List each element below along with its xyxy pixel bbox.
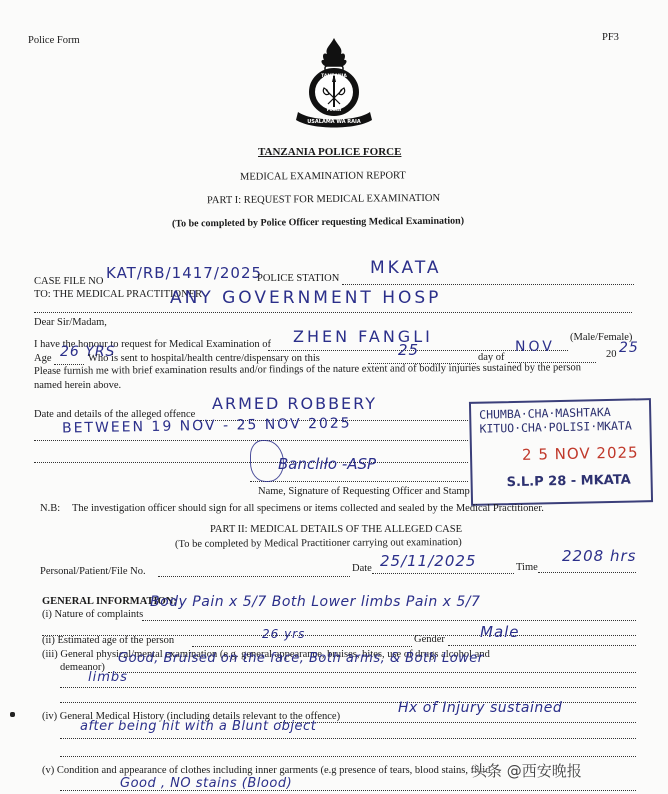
- medical-history-field-line1[interactable]: Hx of Injury sustained: [398, 700, 562, 716]
- practitioner-field[interactable]: ANY GOVERNMENT HOSP: [170, 288, 441, 308]
- physical-exam-field-line2[interactable]: limbs: [88, 670, 128, 685]
- sent-text: Who is sent to hospital/health centre/di…: [88, 353, 320, 364]
- time-label: Time: [516, 562, 538, 573]
- nb-label: N.B:: [40, 503, 60, 514]
- file-no-label: Personal/Patient/File No.: [40, 566, 146, 577]
- estimated-age-field[interactable]: 26 yrs: [262, 627, 305, 641]
- form-code: PF3: [602, 32, 619, 43]
- part2-title: PART II: MEDICAL DETAILS OF THE ALLEGED …: [210, 524, 462, 535]
- estimated-age-label: (ii) Estimated age of the person: [42, 635, 174, 646]
- day-field[interactable]: 25: [398, 341, 419, 359]
- svg-text:USALAMA WA RAIA: USALAMA WA RAIA: [307, 119, 361, 125]
- year-prefix: 20: [606, 349, 617, 360]
- gender-field[interactable]: Male: [480, 623, 520, 641]
- medical-history-field-line2[interactable]: after being hit with a Blunt object: [80, 719, 316, 734]
- clothes-condition-field[interactable]: Good , NO stains (Blood): [120, 776, 292, 791]
- police-station-label: POLICE STATION: [257, 273, 339, 284]
- police-station-field[interactable]: MKATA: [370, 258, 442, 278]
- police-station-stamp: CHUMBA·CHA·MASHTAKA KITUO·CHA·POLISI·MKA…: [469, 398, 653, 506]
- furnish-text-line2: named herein above.: [34, 380, 121, 391]
- officer-signature: Banclıło -ASP: [278, 455, 376, 473]
- offence-line1-field[interactable]: ARMED ROBBERY: [212, 394, 377, 413]
- form-label: Police Form: [28, 35, 80, 46]
- stamp-date: 2 5 NOV 2025: [522, 443, 639, 463]
- exam-date-field[interactable]: 25/11/2025: [380, 552, 476, 570]
- part2-note: (To be completed by Medical Practitioner…: [175, 537, 462, 550]
- salutation: Dear Sir/Madam,: [34, 317, 107, 328]
- margin-mark: [10, 712, 15, 717]
- signature-caption: Name, Signature of Requesting Officer an…: [258, 486, 470, 497]
- part1-note: (To be completed by Police Officer reque…: [172, 215, 464, 229]
- org-title: TANZANIA POLICE FORCE: [258, 146, 401, 158]
- complaints-field[interactable]: Body Pain x 5/7 Both Lower limbs Pain x …: [150, 594, 480, 610]
- physical-exam-field-line1[interactable]: Good, Bruised on the face, Both arms, & …: [118, 651, 484, 666]
- case-file-label: CASE FILE NO: [34, 276, 103, 287]
- day-label: day of: [478, 352, 505, 363]
- stamp-line2: KITUO·CHA·POLISI·MKATA: [479, 419, 632, 436]
- part1-title: PART I: REQUEST FOR MEDICAL EXAMINATION: [207, 193, 440, 206]
- tanzania-police-emblem-icon: TANZANIA POLISI USALAMA WA RAIA: [292, 36, 376, 128]
- source-watermark: 头条 @西安晚报: [472, 760, 582, 781]
- nb-text: The investigation officer should sign fo…: [72, 503, 544, 514]
- complaints-label: (i) Nature of complaints: [42, 609, 143, 620]
- clothes-condition-label: (v) Condition and appearance of clothes …: [42, 765, 490, 776]
- age-label: Age: [34, 353, 52, 364]
- svg-text:POLISI: POLISI: [327, 107, 342, 112]
- year-field[interactable]: 25: [619, 340, 639, 356]
- exam-time-field[interactable]: 2208 hrs: [562, 547, 636, 565]
- pf3-form-page: Police Form PF3 TANZANIA POLISI USALAMA …: [0, 0, 668, 794]
- stamp-address: S.L.P 28 - MKATA: [506, 473, 630, 491]
- furnish-text-line1: Please furnish me with brief examination…: [34, 362, 581, 377]
- case-file-field[interactable]: KAT/RB/1417/2025: [106, 264, 262, 282]
- month-field[interactable]: NOV: [515, 339, 555, 355]
- report-title: MEDICAL EXAMINATION REPORT: [240, 170, 406, 182]
- gender-label: Gender: [414, 634, 445, 645]
- date-label: Date: [352, 563, 372, 574]
